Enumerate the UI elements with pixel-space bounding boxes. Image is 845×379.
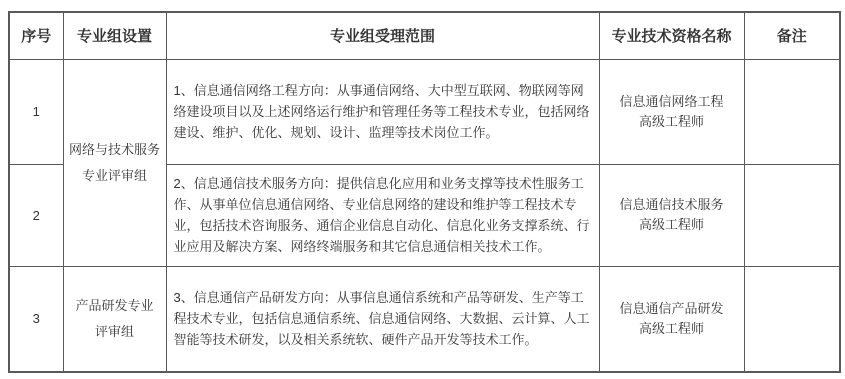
row-2-serial-number: 2 <box>9 164 63 266</box>
group-network-and-tech-service: 网络与技术服务 专业评审组 <box>63 59 166 266</box>
row-3-scope: 3、信息通信产品研发方向：从事信息通信系统和产品等研发、生产等工程技术专业，包括… <box>166 266 599 372</box>
row-3-qualification: 信息通信产品研发 高级工程师 <box>599 266 744 372</box>
table-row-3: 3 产品研发专业 评审组 3、信息通信产品研发方向：从事信息通信系统和产品等研发… <box>9 266 840 372</box>
qualification-review-table: 序号 专业组设置 专业组受理范围 专业技术资格名称 备注 1 网络与技术服务 专… <box>8 11 841 373</box>
table-header-row: 序号 专业组设置 专业组受理范围 专业技术资格名称 备注 <box>9 12 840 59</box>
row-1-scope: 1、信息通信网络工程方向：从事通信网络、大中型互联网、物联网等网络建设项目以及上… <box>166 59 599 164</box>
header-qualification-name: 专业技术资格名称 <box>599 12 744 59</box>
row-2-qualification: 信息通信技术服务 高级工程师 <box>599 164 744 266</box>
header-serial-number: 序号 <box>9 12 63 59</box>
row-1-remark <box>744 59 840 164</box>
row-1-qualification: 信息通信网络工程 高级工程师 <box>599 59 744 164</box>
row-3-serial-number: 3 <box>9 266 63 372</box>
row-1-serial-number: 1 <box>9 59 63 164</box>
row-2-remark <box>744 164 840 266</box>
header-group-setup: 专业组设置 <box>63 12 166 59</box>
header-remarks: 备注 <box>744 12 840 59</box>
group-product-rd: 产品研发专业 评审组 <box>63 266 166 372</box>
row-2-scope: 2、信息通信技术服务方向：提供信息化应用和业务支撑等技术性服务工作、从事单位信息… <box>166 164 599 266</box>
table-row-1: 1 网络与技术服务 专业评审组 1、信息通信网络工程方向：从事通信网络、大中型互… <box>9 59 840 164</box>
document-page: 序号 专业组设置 专业组受理范围 专业技术资格名称 备注 1 网络与技术服务 专… <box>0 0 845 379</box>
header-acceptance-scope: 专业组受理范围 <box>166 12 599 59</box>
row-3-remark <box>744 266 840 372</box>
